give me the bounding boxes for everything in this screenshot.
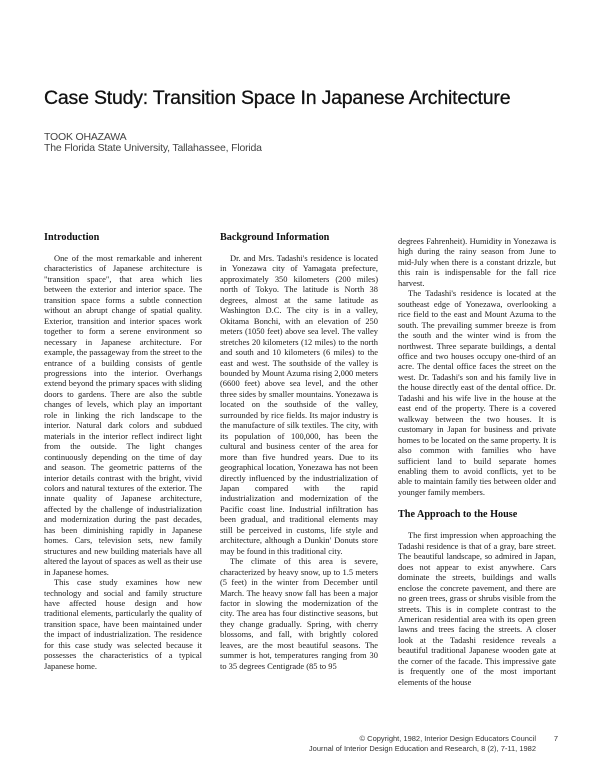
page-footer: © Copyright, 1982, Interior Design Educa… <box>300 734 556 754</box>
paragraph: degrees Fahrenheit). Humidity in Yonezaw… <box>398 236 556 288</box>
section-heading-approach: The Approach to the House <box>398 509 556 521</box>
column-3: degrees Fahrenheit). Humidity in Yonezaw… <box>398 236 556 687</box>
copyright-line: © Copyright, 1982, Interior Design Educa… <box>300 734 556 744</box>
journal-citation: Journal of Interior Design Education and… <box>300 744 556 754</box>
article-title: Case Study: Transition Space In Japanese… <box>44 87 510 110</box>
paragraph: The climate of this area is severe, char… <box>220 556 378 671</box>
column-2: Background Information Dr. and Mrs. Tada… <box>220 232 378 671</box>
author-block: TOOK OHAZAWA The Florida State Universit… <box>44 132 262 154</box>
paragraph: The Tadashi's residence is located at th… <box>398 288 556 497</box>
paragraph: One of the most remarkable and inherent … <box>44 253 202 577</box>
section-heading-introduction: Introduction <box>44 232 202 244</box>
page-number: 7 <box>554 734 558 744</box>
paragraph: This case study examines how new technol… <box>44 577 202 671</box>
author-affiliation: The Florida State University, Tallahasse… <box>44 143 262 154</box>
column-1: Introduction One of the most remarkable … <box>44 232 202 671</box>
section-heading-background: Background Information <box>220 232 378 244</box>
paragraph: The first impression when approaching th… <box>398 530 556 687</box>
paragraph: Dr. and Mrs. Tadashi's residence is loca… <box>220 253 378 556</box>
